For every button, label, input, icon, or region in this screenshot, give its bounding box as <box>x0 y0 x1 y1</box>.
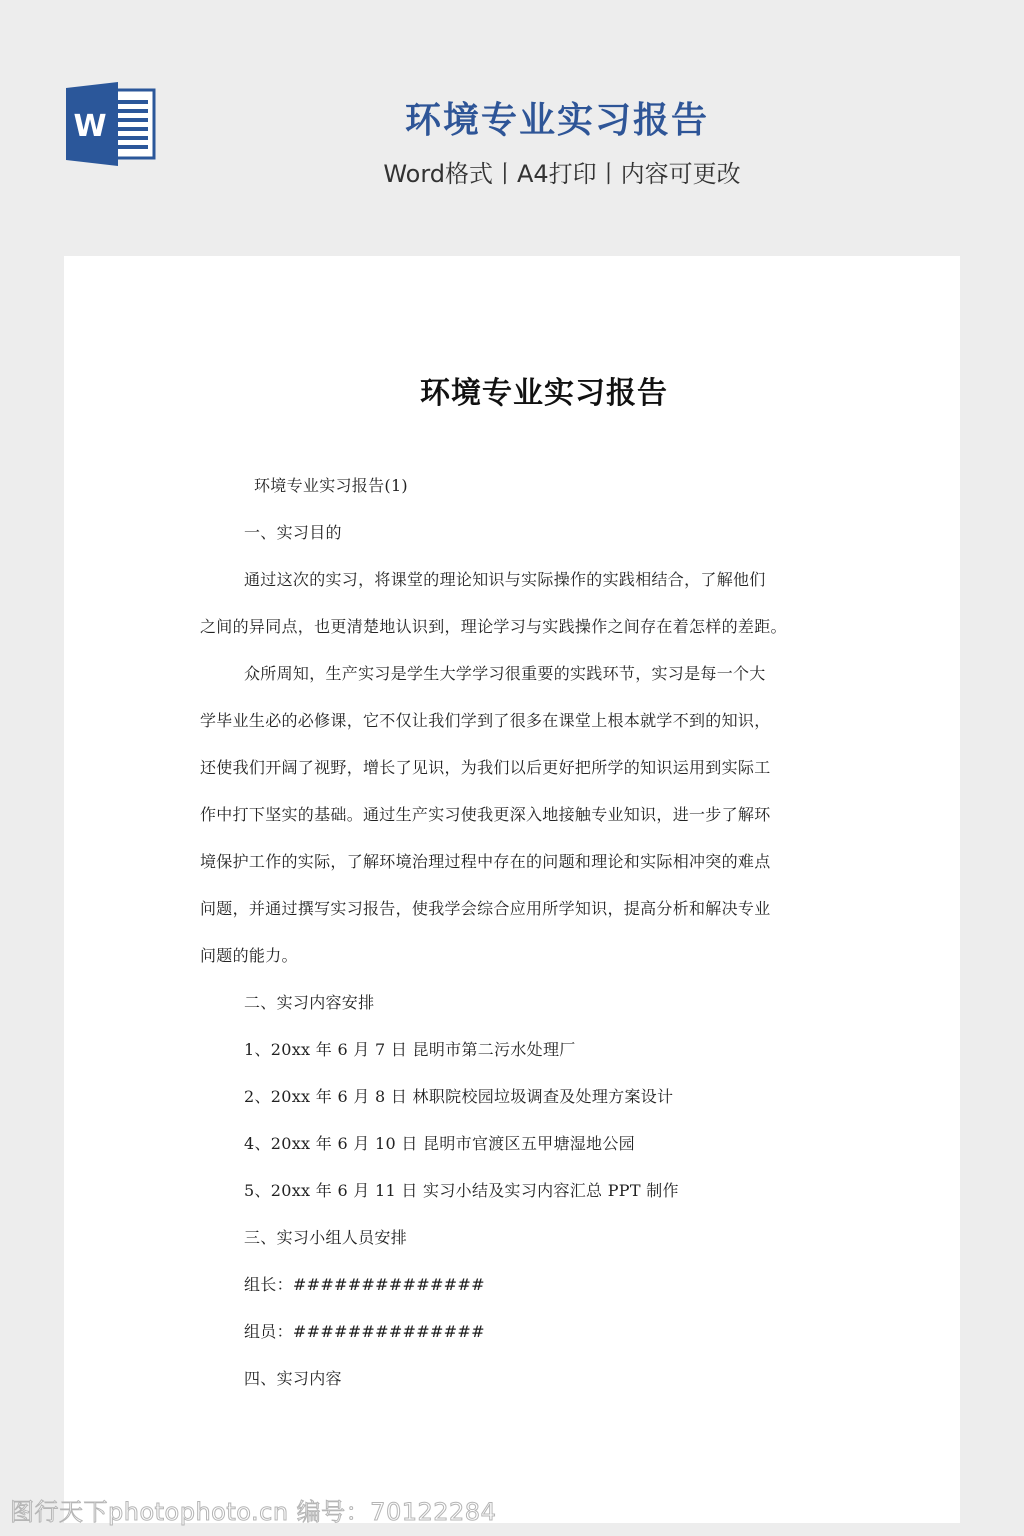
section-heading: 四、实习内容 <box>244 1366 342 1389</box>
schedule-item: 1、20xx 年 6 月 7 日 昆明市第二污水处理厂 <box>244 1037 576 1060</box>
paragraph-line: 问题，并通过撰写实习报告，使我学会综合应用所学知识，提高分析和解决专业 <box>200 896 771 919</box>
section-heading: 一、实习目的 <box>244 520 342 543</box>
paragraph-line: 众所周知，生产实习是学生大学学习很重要的实践环节，实习是每一个大 <box>244 661 766 684</box>
paragraph-line: 学毕业生必的必修课，它不仅让我们学到了很多在课堂上根本就学不到的知识， <box>200 708 771 731</box>
paragraph-line: 之间的异同点，也更清楚地认识到，理论学习与实践操作之间存在着怎样的差距。 <box>200 614 787 637</box>
document-page: 环境专业实习报告 环境专业实习报告(1) 一、实习目的 通过这次的实习，将课堂的… <box>64 256 960 1523</box>
paragraph-line: 还使我们开阔了视野，增长了见识，为我们以后更好把所学的知识运用到实际工 <box>200 755 771 778</box>
schedule-item: 4、20xx 年 6 月 10 日 昆明市官渡区五甲塘湿地公园 <box>244 1131 635 1154</box>
team-leader: 组长：############## <box>244 1272 485 1295</box>
team-members: 组员：############## <box>244 1319 485 1342</box>
header-title: 环境专业实习报告 <box>0 92 1024 143</box>
paragraph-line: 境保护工作的实际，了解环境治理过程中存在的问题和理论和实际相冲突的难点 <box>200 849 771 872</box>
paragraph-line: 通过这次的实习，将课堂的理论知识与实际操作的实践相结合，了解他们 <box>244 567 766 590</box>
paragraph-line: 作中打下坚实的基础。通过生产实习使我更深入地接触专业知识，进一步了解环 <box>200 802 771 825</box>
section-heading: 三、实习小组人员安排 <box>244 1225 407 1248</box>
report-subtitle: 环境专业实习报告(1) <box>254 473 408 496</box>
watermark-text: 图行天下photophoto.cn 编号：70122284 <box>10 1492 496 1527</box>
document-title: 环境专业实习报告 <box>64 368 960 412</box>
section-heading: 二、实习内容安排 <box>244 990 374 1013</box>
header-subtitle: Word格式丨A4打印丨内容可更改 <box>0 154 1024 189</box>
paragraph-line: 问题的能力。 <box>200 943 298 966</box>
schedule-item: 5、20xx 年 6 月 11 日 实习小结及实习内容汇总 PPT 制作 <box>244 1178 679 1201</box>
schedule-item: 2、20xx 年 6 月 8 日 林职院校园垃圾调查及处理方案设计 <box>244 1084 673 1107</box>
